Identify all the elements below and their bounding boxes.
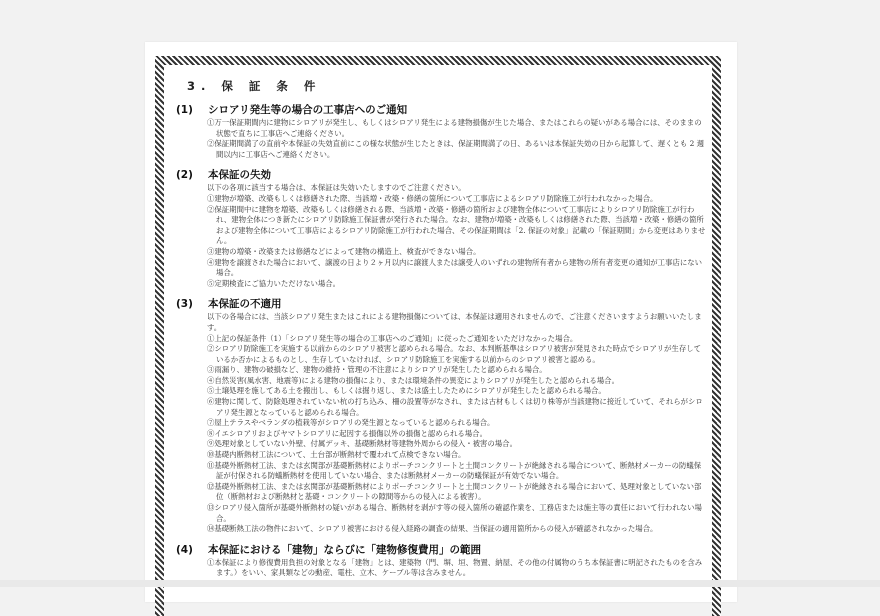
list-item: ②保証期間中に建物を増築、改築もしくは修繕される際、当該増・改築・修繕の箇所およ… (207, 205, 707, 247)
list-item: ⑥建物に関して、防除処理されていない杭の打ち込み、柵の設置等がなされ、または古材… (207, 397, 707, 418)
list-item: ②保証期間満了の直前や本保証の失効直前にこの様な状態が生じたときは、保証期間満了… (207, 139, 707, 160)
list-item: ⑩基礎内断熱材工法について、土台部が断熱材で覆われて点検できない場合。 (207, 450, 707, 461)
section-intro: 以下の各場合には、当該シロアリ発生またはこれによる建物損傷については、本保証は適… (207, 312, 707, 333)
list-item: ⑪基礎外断熱材工法、または玄関部が基礎断熱材によりポーチコンクリートと土間コンク… (207, 461, 707, 482)
section-scope: (4)本保証における「建物」ならびに「建物修復費用」の範囲 ①本保証により修復費… (187, 542, 707, 579)
list-item: ①建物が増築、改築もしくは修繕された際、当該増・改築・修繕の箇所について工事店に… (207, 194, 707, 205)
section-invalidation: (2)本保証の失効 以下の各項に該当する場合は、本保証は失効いたしますのでご注意… (187, 167, 707, 289)
section-number: (2) (176, 169, 208, 181)
section-intro: 以下の各項に該当する場合は、本保証は失効いたしますのでご注意ください。 (207, 183, 707, 194)
list-item: ⑫基礎外断熱材工法、または玄関部が基礎断熱材によりポーチコンクリートと土間コンク… (207, 482, 707, 503)
section-title: 本保証における「建物」ならびに「建物修復費用」の範囲 (208, 544, 481, 556)
list-item: ④自然災害(風水害、地震等)による建物の損傷により、または環境条件の異変によりシ… (207, 376, 707, 387)
list-item: ⑤土壌処理を施してある土を搬出し、もしくは掘り返し、または盛土したためにシロアリ… (207, 386, 707, 397)
section-heading: (4)本保証における「建物」ならびに「建物修復費用」の範囲 (176, 542, 707, 557)
page-title: 3. 保 証 条 件 (187, 78, 707, 94)
list-item: ①万一保証期間内に建物にシロアリが発生し、もしくはシロアリ発生による建物損傷が生… (207, 118, 707, 139)
section-heading: (1)シロアリ発生等の場合の工事店へのご通知 (176, 102, 707, 117)
document-content: 3. 保 証 条 件 (1)シロアリ発生等の場合の工事店へのご通知 ①万一保証期… (187, 78, 707, 586)
list-item: ②シロアリ防除施工を実施する以前からのシロアリ被害と認められる場合。なお、本判断… (207, 344, 707, 365)
list-item: ⑤定期検査にご協力いただけない場合。 (207, 279, 707, 290)
section-title: 本保証の失効 (208, 169, 271, 181)
section-heading: (3)本保証の不適用 (176, 296, 707, 311)
list-item: ⑦屋上テラスやベランダの植栽等がシロアリの発生源となっていると認められる場合。 (207, 418, 707, 429)
document-page: 3. 保 証 条 件 (1)シロアリ発生等の場合の工事店へのご通知 ①万一保証期… (145, 42, 737, 587)
section-title: 本保証の不適用 (208, 298, 282, 310)
section-heading: (2)本保証の失効 (176, 167, 707, 182)
list-item: ⑭基礎断熱工法の物件において、シロアリ被害における侵入経路の調査の結果、当保証の… (207, 524, 707, 535)
list-item: ③雨漏り、建物の破損など、建物の維持・管理の不注意によりシロアリが発生したと認め… (207, 365, 707, 376)
list-item: ⑧イエシロアリおよびヤマトシロアリに起因する損傷以外の損傷と認められる場合。 (207, 429, 707, 440)
section-title: シロアリ発生等の場合の工事店へのご通知 (208, 104, 407, 116)
section-number: (4) (176, 544, 208, 556)
bottom-fade (0, 580, 880, 587)
section-number: (3) (176, 298, 208, 310)
section-non-application: (3)本保証の不適用 以下の各場合には、当該シロアリ発生またはこれによる建物損傷… (187, 296, 707, 534)
list-item: ⑨処理対象としていない外壁、付属デッキ、基礎断熱材等建物外周からの侵入・被害の場… (207, 439, 707, 450)
section-notification: (1)シロアリ発生等の場合の工事店へのご通知 ①万一保証期間内に建物にシロアリが… (187, 102, 707, 160)
list-item: ①本保証により修復費用負担の対象となる「建物」とは、建築物（門、塀、垣、物置、納… (207, 558, 707, 579)
list-item: ①上記の保証条件（1）「シロアリ発生等の場合の工事店へのご通知」に従ったご通知を… (207, 334, 707, 345)
section-number: (1) (176, 104, 208, 116)
list-item: ③建物の増築・改築または修繕などによって建物の構造上、検査ができない場合。 (207, 247, 707, 258)
list-item: ⑬シロアリ侵入箇所が基礎外断熱材の疑いがある場合、断熱材を剥がす等の侵入箇所の確… (207, 503, 707, 524)
list-item: ④建物を譲渡された場合において、譲渡の日より２ヶ月以内に譲渡人または譲受人のいず… (207, 258, 707, 279)
